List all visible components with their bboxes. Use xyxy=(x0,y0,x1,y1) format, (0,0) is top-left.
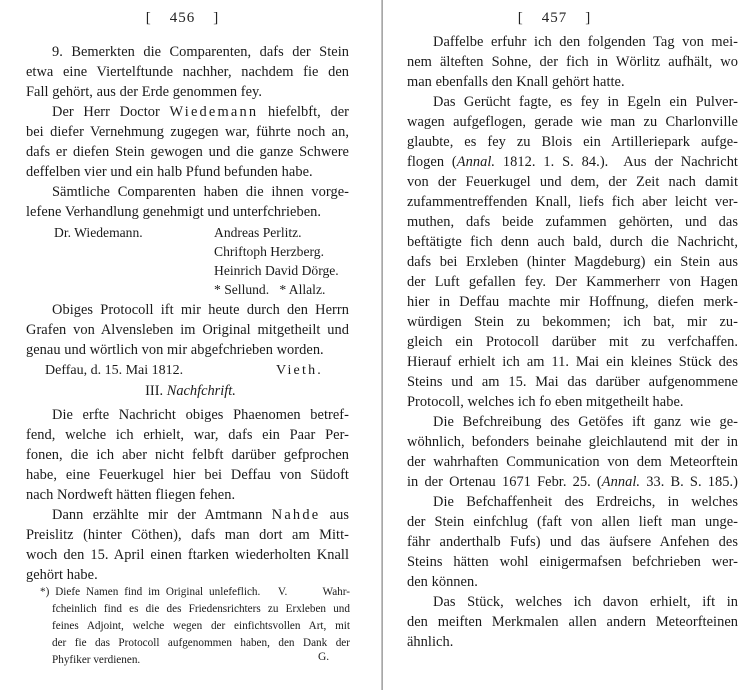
text-line: fend, welche ich erhielt, war, dafs ein … xyxy=(26,425,349,445)
signature-line: Heinrich David Dörge. xyxy=(214,261,339,280)
text-line: genau und wörtlich von mir abgefchrieben… xyxy=(26,340,349,360)
bracket-open: [ xyxy=(146,10,152,27)
text-line: lefene Verhandlung genehmigt und unterfc… xyxy=(26,202,349,222)
text-span: Dann erzählte mir der Amtmann xyxy=(52,507,262,523)
text-span: flogen ( xyxy=(407,154,457,170)
dateline-place-date: Deffau, d. 15. Mai 1812. xyxy=(45,361,183,380)
text-line: Das Gerücht fagte, es fey in Egeln ein P… xyxy=(433,92,738,112)
footnote-line: feines Adjoint, welche wegen der einfich… xyxy=(52,618,350,634)
text-line: habe, eine Feuerkugel hier bei Deffau vo… xyxy=(26,465,349,485)
right-page: [457] Daffelbe erfuhr ich den folgenden … xyxy=(383,0,750,690)
text-line: deffelben vier und ein halb Pfund befund… xyxy=(26,162,349,182)
text-line: würdigen Stein zu bekommen; ich bat, mir… xyxy=(407,312,738,332)
text-line: den meiften Merkmalen allen andern Meteo… xyxy=(407,612,738,632)
text-line: nem älteften Sohne, der fich in Wörlitz … xyxy=(407,52,738,72)
text-line: flogen (Annal. 1812. 1. S. 84.). Aus der… xyxy=(407,152,738,172)
text-line: Die Befchaffenheit des Erdreichs, in wel… xyxy=(433,492,738,512)
footnote-line: *) Diefe Namen find im Original unlefefl… xyxy=(40,584,350,600)
text-line: den können. xyxy=(407,572,738,592)
page-number-right: [457] xyxy=(371,10,738,27)
text-line: der wahrhaften Communication von dem Met… xyxy=(407,452,738,472)
text-line: Die Befchreibung des Getöfes ift ganz wi… xyxy=(433,412,738,432)
page-number-value: 456 xyxy=(170,10,196,26)
text-line: fonen, die ich aber nicht felbft darüber… xyxy=(26,445,349,465)
bracket-open: [ xyxy=(518,10,524,27)
footnote-line: Phyfiker verdienen. xyxy=(52,652,350,668)
text-span: 1812. 1. S. 84.). Aus der Nachricht xyxy=(495,154,738,170)
text-line: 9. Bemerkten die Comparenten, dafs der S… xyxy=(52,42,349,62)
signature-line: * Sellund. * Allalz. xyxy=(214,280,325,299)
left-page: [456] 9. Bemerkten die Comparenten, dafs… xyxy=(0,0,381,690)
text-line: Hierauf erhielt ich am 11. Mai ein klein… xyxy=(407,352,738,372)
text-line: von der Feuerkugel und dem, der Zeit nac… xyxy=(407,172,738,192)
text-line: Preislitz (hinter Cöthen), dafs man dort… xyxy=(26,525,349,545)
text-line: man ebenfalls den Knall gehört hatte. xyxy=(407,72,738,92)
section-heading: III. Nachfchrift. xyxy=(0,383,381,400)
text-line: Dann erzählte mir der Amtmann Nahde aus xyxy=(52,505,349,525)
signature-line: Chriftoph Herzberg. xyxy=(214,242,324,261)
person-name: Wiedemann xyxy=(170,104,259,120)
text-span: aus xyxy=(330,507,349,523)
book-spread: [456] 9. Bemerkten die Comparenten, dafs… xyxy=(0,0,750,690)
page-number-value: 457 xyxy=(542,10,568,26)
text-line: Der Herr Doctor Wiedemann hiefelbft, der xyxy=(52,102,349,122)
text-line: woch den 15. April einen ftarken wiederh… xyxy=(26,545,349,565)
citation-annal: Annal. xyxy=(602,474,640,490)
text-line: Grafen von Alvensleben im Original mitge… xyxy=(26,320,349,340)
text-line: dafs er diefen Stein gewogen und die gan… xyxy=(26,142,349,162)
text-line: Sämtliche Comparenten haben die ihnen vo… xyxy=(52,182,349,202)
text-line: etwa eine Viertelftunde nachher, nachdem… xyxy=(26,62,349,82)
text-line: Das Stück, welches ich davon erhielt, if… xyxy=(433,592,738,612)
text-line: nach Nordweft hätten fliegen fehen. xyxy=(26,485,349,505)
text-line: der Luft gefallen fey. Der Kammerherr vo… xyxy=(407,272,738,292)
citation-annal: Annal. xyxy=(457,154,495,170)
text-line: in der Ortenau 1671 Febr. 25. (Annal. 33… xyxy=(407,472,738,492)
footnote-line: fcheinlich find es die des Friedensricht… xyxy=(52,601,350,617)
text-line: gleich ein Protocoll darüber mit zu verf… xyxy=(407,332,738,352)
text-span: 33. B. S. 185.) xyxy=(640,474,738,490)
text-line: der Stein einfchlug (faft von allen lief… xyxy=(407,512,738,532)
text-line: Die erfte Nachricht obiges Phaenomen bet… xyxy=(52,405,349,425)
section-title: Nachfchrift. xyxy=(167,383,236,399)
text-line: Fall gehört, aus der Erde genommen fey. xyxy=(26,82,349,102)
text-line: fähr anderthalb Fufs) und das äufsere An… xyxy=(407,532,738,552)
text-line: hier in Deffau machte mir Hoffnung, dief… xyxy=(407,292,738,312)
text-line: muthen, dafs beide zufammen gehörten, un… xyxy=(407,212,738,232)
text-line: glaubte, es fey zu Blois ein Artilleriep… xyxy=(407,132,738,152)
text-line: gehört habe. xyxy=(26,565,349,585)
text-span: Der Herr Doctor xyxy=(52,104,160,120)
bracket-close: ] xyxy=(213,10,219,27)
bracket-close: ] xyxy=(585,10,591,27)
text-line: dafs bei Erxleben (hinter Magdeburg) ein… xyxy=(407,252,738,272)
text-line: ähnlich. xyxy=(407,632,738,652)
text-line: bei diefer Vernehmung zugegen war, führt… xyxy=(26,122,349,142)
text-line: Obiges Protocoll ift mir heute durch den… xyxy=(52,300,349,320)
page-number-left: [456] xyxy=(0,10,373,27)
signature-line: Andreas Perlitz. xyxy=(214,223,302,242)
text-line: beftätigte fich denn auch bald, durch di… xyxy=(407,232,738,252)
dateline-author: Vieth. xyxy=(276,361,323,380)
section-numeral: III. xyxy=(145,383,163,399)
text-line: Steins und am 15. Mai das darüber aufgen… xyxy=(407,372,738,392)
text-line: wöhnlich, befonders beinahe gleichlauten… xyxy=(407,432,738,452)
text-span: hiefelbft, der xyxy=(268,104,349,120)
footnote-signature: G. xyxy=(318,651,329,663)
person-name: Nahde xyxy=(272,507,321,523)
text-line: Steins hätten wohl einigermafsen befchri… xyxy=(407,552,738,572)
signature-wiedemann: Dr. Wiedemann. xyxy=(54,223,143,242)
text-line: wagen aufgeflogen, gerade wie man zu Cha… xyxy=(407,112,738,132)
text-line: Daffelbe erfuhr ich den folgenden Tag vo… xyxy=(433,32,738,52)
text-span: in der Ortenau 1671 Febr. 25. ( xyxy=(407,474,602,490)
text-line: zufammentreffenden Knall, liefs fich abe… xyxy=(407,192,738,212)
text-line: Protocoll, welches ich fo eben mitgethei… xyxy=(407,392,738,412)
footnote-line: der fie das Protocoll aufgenommen haben,… xyxy=(52,635,350,651)
